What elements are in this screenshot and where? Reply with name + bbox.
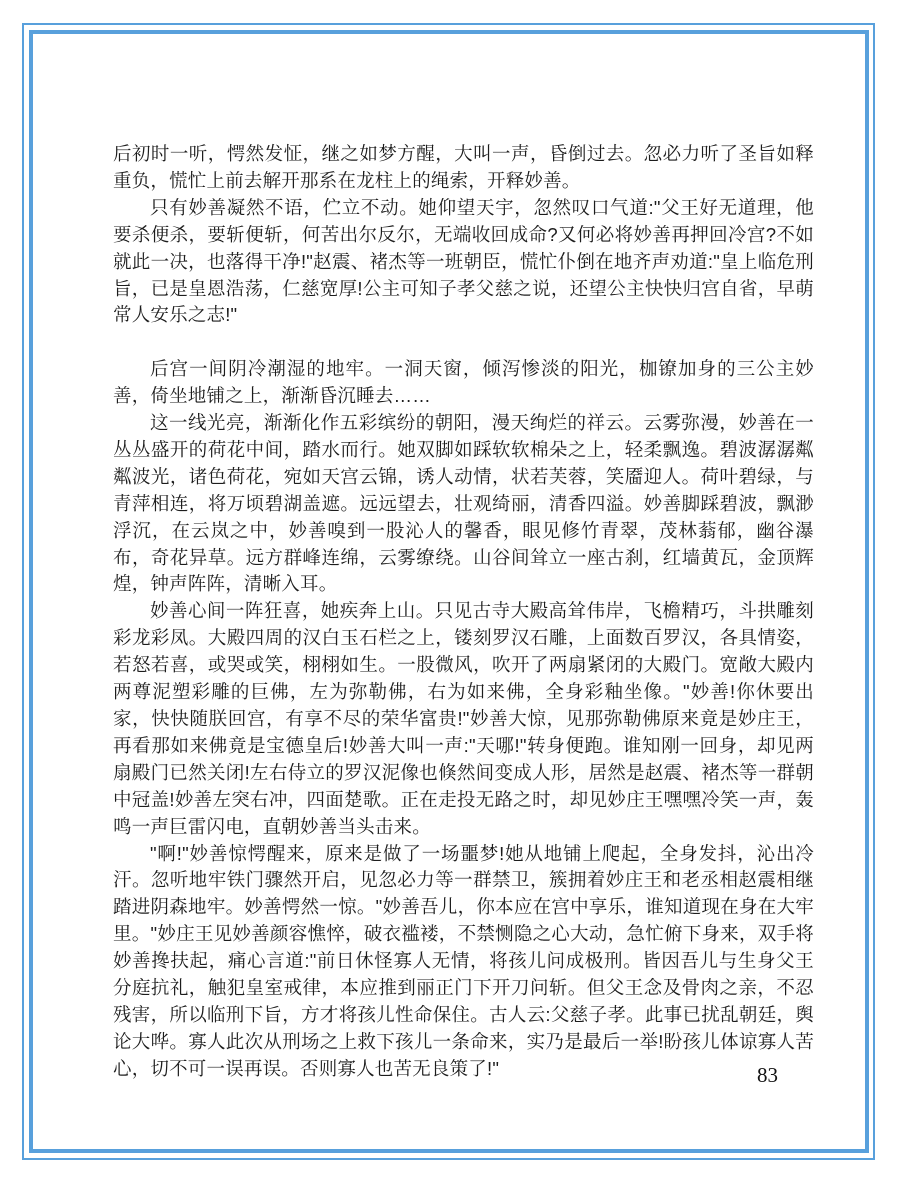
- scene-break: [113, 329, 814, 356]
- paragraph-temple-vision: 妙善心间一阵狂喜，她疾奔上山。只见古寺大殿高耸伟岸，飞檐精巧，斗拱雕刻彩龙彩凤。…: [113, 598, 814, 840]
- book-page: 后初时一听，愕然发怔，继之如梦方醒，大叫一声，昏倒过去。忽必力听了圣旨如释重负，…: [0, 0, 900, 1184]
- paragraph-awakening: "啊!"妙善惊愕醒来，原来是做了一场噩梦!她从地铺上爬起，全身发抖，沁出冷汗。忽…: [113, 841, 814, 1083]
- paragraph-dream-lotus: 这一线光亮，渐渐化作五彩缤纷的朝阳，漫天绚烂的祥云。云雾弥漫，妙善在一丛丛盛开的…: [113, 410, 814, 598]
- body-text: 后初时一听，愕然发怔，继之如梦方醒，大叫一声，昏倒过去。忽必力听了圣旨如释重负，…: [113, 141, 814, 1083]
- paragraph-dungeon-scene: 后宫一间阴冷潮湿的地牢。一洞天窗，倾泻惨淡的阳光，枷镣加身的三公主妙善，倚坐地铺…: [113, 356, 814, 410]
- page-number: 83: [757, 1063, 817, 1088]
- paragraph-miaoshan-protest: 只有妙善凝然不语，伫立不动。她仰望天宇，忽然叹口气道:"父王好无道理，他要杀便杀…: [113, 195, 814, 330]
- paragraph-continuation: 后初时一听，愕然发怔，继之如梦方醒，大叫一声，昏倒过去。忽必力听了圣旨如释重负，…: [113, 141, 814, 195]
